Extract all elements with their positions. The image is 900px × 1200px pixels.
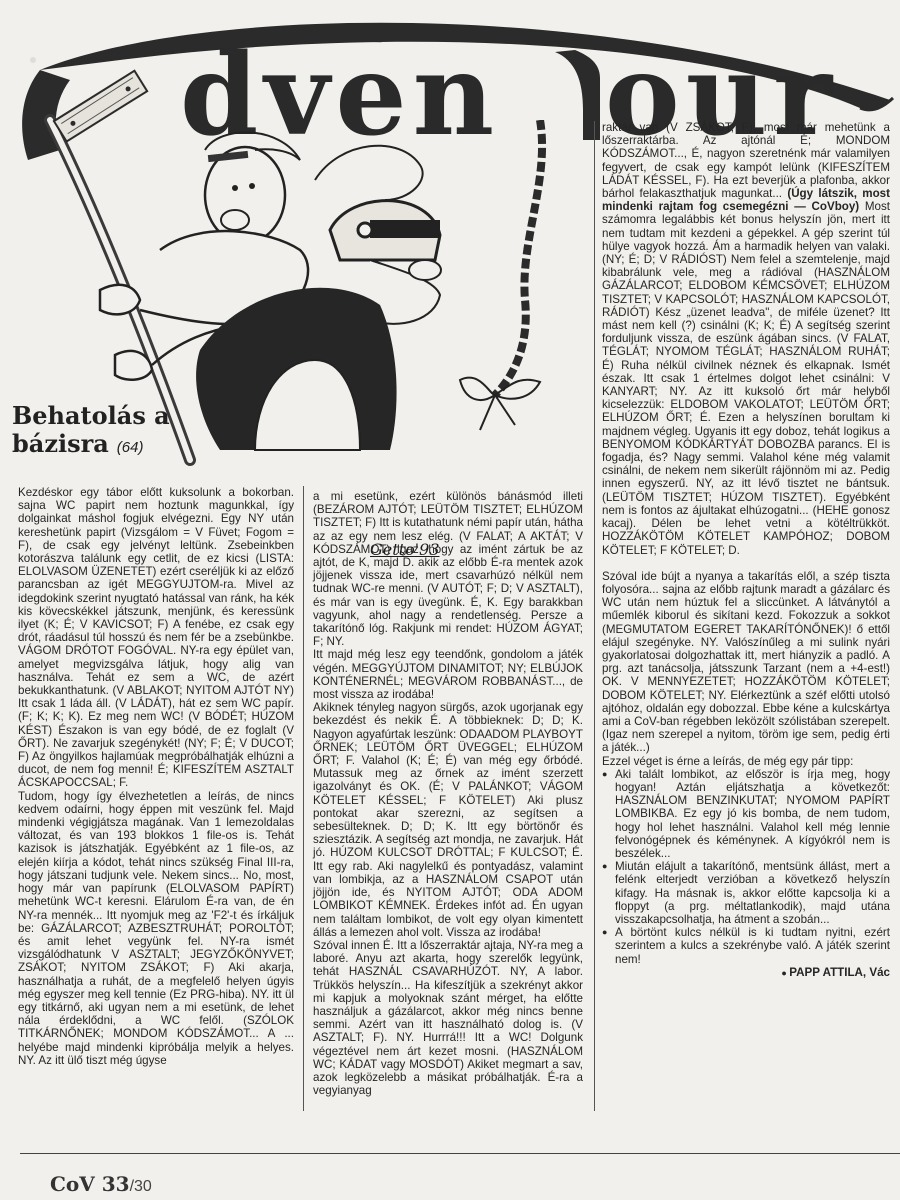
paragraph: Itt majd még lesz egy teendőnk, gondolom… <box>313 648 583 701</box>
paragraph: Tudom, hogy így élvezhetetlen a leírás, … <box>18 790 294 1067</box>
paragraph: Akiknek tényleg nagyon sürgős, azok ugor… <box>313 701 583 939</box>
paragraph: Kezdéskor egy tábor előtt kuksolunk a bo… <box>18 486 294 790</box>
article-column-2: a mi esetünk, ezért különös bánásmód ill… <box>313 490 583 1097</box>
article-column-3: raktár van (V ZSÁKOT; F), most már mehet… <box>602 121 890 980</box>
tip-item: Miután elájult a takarítónő, mentsünk ál… <box>602 860 890 926</box>
article-title: Behatolás a bázisra(64) <box>12 402 312 462</box>
title-line-1: Behatolás a <box>12 402 312 430</box>
tip-item: A börtönt kulcs nélkül is ki tudtam nyit… <box>602 926 890 966</box>
paragraph-text: Most számomra legalábbis két bonus helys… <box>602 200 890 556</box>
column-divider <box>303 486 304 1111</box>
spacer <box>602 557 890 570</box>
tips-list: Aki talált lombikot, az először is írja … <box>602 768 890 966</box>
paragraph: Szóval innen É. Itt a lőszerraktár ajtaj… <box>313 939 583 1097</box>
footer-divider <box>20 1153 900 1154</box>
adventour-logo: dven our <box>0 0 900 140</box>
article-column-1: Kezdéskor egy tábor előtt kuksolunk a bo… <box>18 486 294 1067</box>
author-byline: PAPP ATTILA, Vác <box>602 966 890 980</box>
paragraph: Ezzel véget is érne a leírás, de még egy… <box>602 755 890 768</box>
page-footer: CoV 33/30 <box>50 1172 152 1197</box>
paragraph: a mi esetünk, ezért különös bánásmód ill… <box>313 490 583 648</box>
magazine-issue: CoV 33 <box>50 1172 130 1196</box>
paragraph: raktár van (V ZSÁKOT; F), most már mehet… <box>602 121 890 557</box>
paragraph: Szóval ide bújt a nyanya a takarítás elő… <box>602 570 890 755</box>
magazine-page: dven our <box>0 0 900 1200</box>
page-number: /30 <box>130 1178 152 1195</box>
title-line-2-text: bázisra <box>12 429 109 458</box>
platform-label: (64) <box>117 439 144 456</box>
column-divider <box>594 121 595 1111</box>
tip-item: Aki talált lombikot, az először is írja … <box>602 768 890 860</box>
title-line-2: bázisra(64) <box>12 430 312 462</box>
